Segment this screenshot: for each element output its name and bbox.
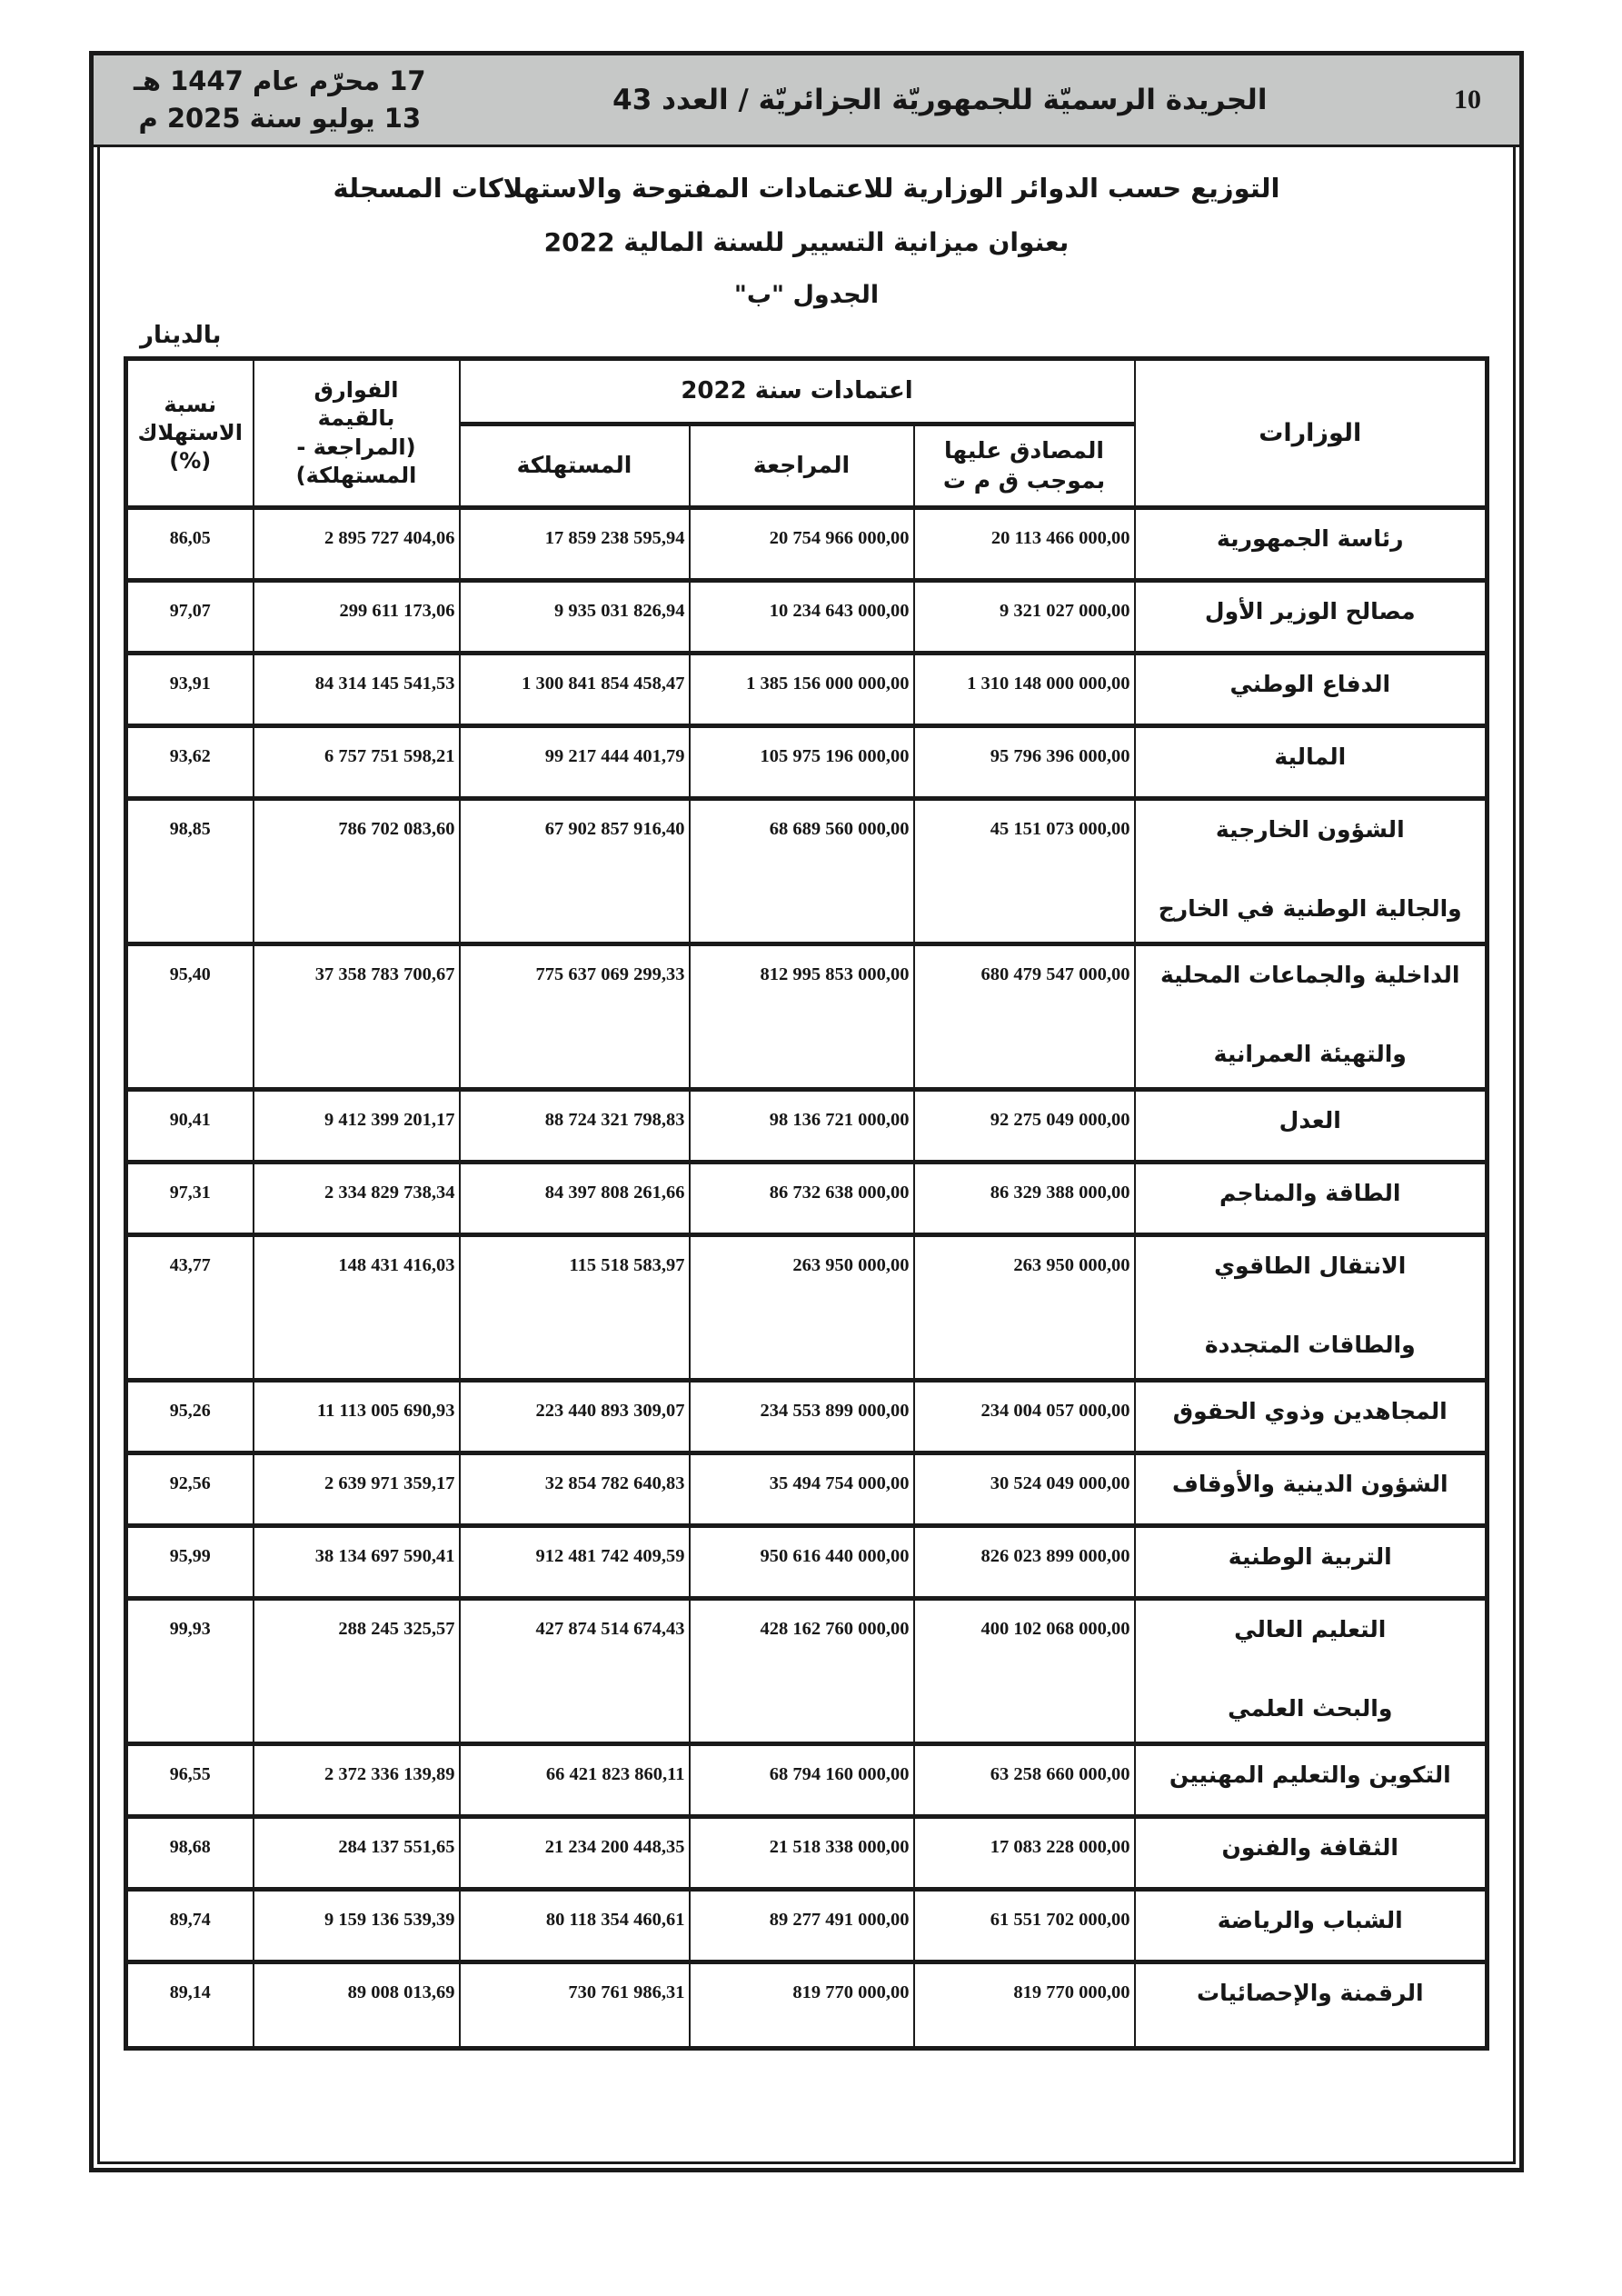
page-frame: 17 محرّم عام 1447 هـ 13 يوليو سنة 2025 م… [89,51,1524,2172]
difference-amount-cell: 288 245 325,57 [254,1599,460,1744]
ministry-name: الطاقة والمناجم [1136,1179,1486,1207]
ministry-cell: الطاقة والمناجم [1135,1163,1488,1235]
ministry-cell: التكوين والتعليم المهنيين [1135,1744,1488,1817]
difference-amount-cell: 9 412 399 201,17 [254,1090,460,1163]
table-row: الداخلية والجماعات المحليةوالتهيئة العمر… [126,944,1488,1090]
consumption-rate-cell: 97,07 [126,581,254,654]
currency-note: بالدينار [140,322,1513,349]
difference-amount-cell: 84 314 145 541,53 [254,654,460,726]
revised-amount-cell: 89 277 491 000,00 [690,1890,914,1962]
page-number: 10 [1454,85,1488,115]
approved-amount-cell: 400 102 068 000,00 [914,1599,1135,1744]
ministry-cell: الداخلية والجماعات المحليةوالتهيئة العمر… [1135,944,1488,1090]
approved-amount-cell: 9 321 027 000,00 [914,581,1135,654]
revised-amount-cell: 812 995 853 000,00 [690,944,914,1090]
table-row: الشؤون الخارجيةوالجالية الوطنية في الخار… [126,799,1488,944]
revised-amount-cell: 86 732 638 000,00 [690,1163,914,1235]
header-approved: المصادق عليها بموجب ق م ت [914,424,1135,508]
consumed-amount-cell: 17 859 238 595,94 [460,508,690,581]
consumption-rate-cell: 96,55 [126,1744,254,1817]
table-row: الدفاع الوطني 1 310 148 000 000,00 1 385… [126,654,1488,726]
document-title-block: التوزيع حسب الدوائر الوزارية للاعتمادات … [100,173,1513,309]
ministry-name: الثقافة والفنون [1136,1833,1486,1862]
revised-amount-cell: 98 136 721 000,00 [690,1090,914,1163]
table-header: الوزارات اعتمادات سنة 2022 الفوارق بالقي… [126,359,1488,508]
consumed-amount-cell: 21 234 200 448,35 [460,1817,690,1890]
table-body: رئاسة الجمهورية 20 113 466 000,00 20 754… [126,508,1488,2049]
header-consumption-rate: نسبة الاستهلاك (%) [126,359,254,508]
journal-title: الجريدة الرسميّة للجمهوريّة الجزائريّة /… [612,84,1267,116]
table-row: المالية 95 796 396 000,00 105 975 196 00… [126,726,1488,799]
ministry-cell: المالية [1135,726,1488,799]
consumption-rate-cell: 95,26 [126,1381,254,1453]
table-row: الشباب والرياضة 61 551 702 000,00 89 277… [126,1890,1488,1962]
issue-dates: 17 محرّم عام 1447 هـ 13 يوليو سنة 2025 م [134,63,426,136]
table-row: التربية الوطنية 826 023 899 000,00 950 6… [126,1526,1488,1599]
difference-amount-cell: 9 159 136 539,39 [254,1890,460,1962]
title-line-2: بعنوان ميزانية التسيير للسنة المالية 202… [100,227,1513,257]
table-row: رئاسة الجمهورية 20 113 466 000,00 20 754… [126,508,1488,581]
revised-amount-cell: 20 754 966 000,00 [690,508,914,581]
ministry-name: مصالح الوزير الأول [1136,597,1486,625]
ministry-cell: الرقمنة والإحصائيات [1135,1962,1488,2049]
difference-amount-cell: 148 431 416,03 [254,1235,460,1381]
approved-amount-cell: 45 151 073 000,00 [914,799,1135,944]
ministry-name: التعليم العاليوالبحث العلمي [1136,1615,1486,1723]
consumed-amount-cell: 775 637 069 299,33 [460,944,690,1090]
ministry-cell: التربية الوطنية [1135,1526,1488,1599]
approved-amount-cell: 95 796 396 000,00 [914,726,1135,799]
ministry-cell: الشؤون الدينية والأوقاف [1135,1453,1488,1526]
revised-amount-cell: 263 950 000,00 [690,1235,914,1381]
difference-amount-cell: 2 639 971 359,17 [254,1453,460,1526]
consumed-amount-cell: 67 902 857 916,40 [460,799,690,944]
difference-amount-cell: 284 137 551,65 [254,1817,460,1890]
ministry-cell: الانتقال الطاقويوالطاقات المتجددة [1135,1235,1488,1381]
approved-amount-cell: 20 113 466 000,00 [914,508,1135,581]
ministry-name: الشباب والرياضة [1136,1906,1486,1934]
consumed-amount-cell: 66 421 823 860,11 [460,1744,690,1817]
consumption-rate-cell: 95,99 [126,1526,254,1599]
ministry-name: المجاهدين وذوي الحقوق [1136,1397,1486,1425]
consumed-amount-cell: 88 724 321 798,83 [460,1090,690,1163]
ministry-cell: رئاسة الجمهورية [1135,508,1488,581]
revised-amount-cell: 68 689 560 000,00 [690,799,914,944]
approved-amount-cell: 63 258 660 000,00 [914,1744,1135,1817]
budget-table: الوزارات اعتمادات سنة 2022 الفوارق بالقي… [124,356,1489,2051]
consumed-amount-cell: 99 217 444 401,79 [460,726,690,799]
consumed-amount-cell: 1 300 841 854 458,47 [460,654,690,726]
ministry-cell: المجاهدين وذوي الحقوق [1135,1381,1488,1453]
difference-amount-cell: 299 611 173,06 [254,581,460,654]
revised-amount-cell: 10 234 643 000,00 [690,581,914,654]
date-hijri: 17 محرّم عام 1447 هـ [134,63,426,100]
ministry-name: التربية الوطنية [1136,1542,1486,1571]
consumed-amount-cell: 84 397 808 261,66 [460,1163,690,1235]
consumed-amount-cell: 427 874 514 674,43 [460,1599,690,1744]
table-row: مصالح الوزير الأول 9 321 027 000,00 10 2… [126,581,1488,654]
date-gregorian: 13 يوليو سنة 2025 م [134,100,426,137]
table-row: الشؤون الدينية والأوقاف 30 524 049 000,0… [126,1453,1488,1526]
title-line-1: التوزيع حسب الدوائر الوزارية للاعتمادات … [100,173,1513,204]
ministry-name: الشؤون الدينية والأوقاف [1136,1470,1486,1498]
table-row: العدل 92 275 049 000,00 98 136 721 000,0… [126,1090,1488,1163]
table-row: التعليم العاليوالبحث العلمي 400 102 068 … [126,1599,1488,1744]
revised-amount-cell: 819 770 000,00 [690,1962,914,2049]
approved-amount-cell: 1 310 148 000 000,00 [914,654,1135,726]
ministry-cell: الثقافة والفنون [1135,1817,1488,1890]
header-ministries: الوزارات [1135,359,1488,508]
consumed-amount-cell: 9 935 031 826,94 [460,581,690,654]
approved-amount-cell: 263 950 000,00 [914,1235,1135,1381]
approved-amount-cell: 680 479 547 000,00 [914,944,1135,1090]
table-wrapper: الوزارات اعتمادات سنة 2022 الفوارق بالقي… [100,356,1513,2051]
header-difference: الفوارق بالقيمة (المراجعة - المستهلكة) [254,359,460,508]
difference-amount-cell: 6 757 751 598,21 [254,726,460,799]
ministry-name: الداخلية والجماعات المحليةوالتهيئة العمر… [1136,961,1486,1069]
difference-amount-cell: 89 008 013,69 [254,1962,460,2049]
header-credits-2022: اعتمادات سنة 2022 [460,359,1135,424]
consumption-rate-cell: 90,41 [126,1090,254,1163]
approved-amount-cell: 61 551 702 000,00 [914,1890,1135,1962]
consumed-amount-cell: 115 518 583,97 [460,1235,690,1381]
gazette-masthead-band: 17 محرّم عام 1447 هـ 13 يوليو سنة 2025 م… [94,55,1519,147]
revised-amount-cell: 234 553 899 000,00 [690,1381,914,1453]
header-consumed: المستهلكة [460,424,690,508]
table-row: الرقمنة والإحصائيات 819 770 000,00 819 7… [126,1962,1488,2049]
consumed-amount-cell: 80 118 354 460,61 [460,1890,690,1962]
difference-amount-cell: 2 372 336 139,89 [254,1744,460,1817]
table-row: الطاقة والمناجم 86 329 388 000,00 86 732… [126,1163,1488,1235]
ministry-name: الشؤون الخارجيةوالجالية الوطنية في الخار… [1136,815,1486,923]
approved-amount-cell: 17 083 228 000,00 [914,1817,1135,1890]
consumption-rate-cell: 89,74 [126,1890,254,1962]
consumed-amount-cell: 223 440 893 309,07 [460,1381,690,1453]
consumption-rate-cell: 97,31 [126,1163,254,1235]
approved-amount-cell: 86 329 388 000,00 [914,1163,1135,1235]
approved-amount-cell: 826 023 899 000,00 [914,1526,1135,1599]
approved-amount-cell: 92 275 049 000,00 [914,1090,1135,1163]
ministry-name: الدفاع الوطني [1136,670,1486,698]
header-row-group: الوزارات اعتمادات سنة 2022 الفوارق بالقي… [126,359,1488,424]
table-row: التكوين والتعليم المهنيين 63 258 660 000… [126,1744,1488,1817]
difference-amount-cell: 786 702 083,60 [254,799,460,944]
ministry-name: العدل [1136,1106,1486,1134]
consumed-amount-cell: 32 854 782 640,83 [460,1453,690,1526]
ministry-name: الرقمنة والإحصائيات [1136,1979,1486,2007]
difference-amount-cell: 38 134 697 590,41 [254,1526,460,1599]
consumed-amount-cell: 730 761 986,31 [460,1962,690,2049]
consumption-rate-cell: 95,40 [126,944,254,1090]
consumption-rate-cell: 93,91 [126,654,254,726]
consumption-rate-cell: 98,68 [126,1817,254,1890]
consumption-rate-cell: 43,77 [126,1235,254,1381]
difference-amount-cell: 11 113 005 690,93 [254,1381,460,1453]
consumption-rate-cell: 92,56 [126,1453,254,1526]
revised-amount-cell: 1 385 156 000 000,00 [690,654,914,726]
revised-amount-cell: 105 975 196 000,00 [690,726,914,799]
revised-amount-cell: 68 794 160 000,00 [690,1744,914,1817]
consumption-rate-cell: 93,62 [126,726,254,799]
revised-amount-cell: 950 616 440 000,00 [690,1526,914,1599]
consumption-rate-cell: 89,14 [126,1962,254,2049]
table-row: الثقافة والفنون 17 083 228 000,00 21 518… [126,1817,1488,1890]
ministry-name: الانتقال الطاقويوالطاقات المتجددة [1136,1252,1486,1360]
revised-amount-cell: 428 162 760 000,00 [690,1599,914,1744]
difference-amount-cell: 37 358 783 700,67 [254,944,460,1090]
header-revised: المراجعة [690,424,914,508]
table-row: المجاهدين وذوي الحقوق 234 004 057 000,00… [126,1381,1488,1453]
consumption-rate-cell: 98,85 [126,799,254,944]
ministry-cell: العدل [1135,1090,1488,1163]
consumption-rate-cell: 99,93 [126,1599,254,1744]
ministry-name: رئاسة الجمهورية [1136,524,1486,553]
ministry-cell: مصالح الوزير الأول [1135,581,1488,654]
ministry-cell: الشباب والرياضة [1135,1890,1488,1962]
consumed-amount-cell: 912 481 742 409,59 [460,1526,690,1599]
ministry-cell: الشؤون الخارجيةوالجالية الوطنية في الخار… [1135,799,1488,944]
ministry-cell: التعليم العاليوالبحث العلمي [1135,1599,1488,1744]
revised-amount-cell: 35 494 754 000,00 [690,1453,914,1526]
approved-amount-cell: 819 770 000,00 [914,1962,1135,2049]
approved-amount-cell: 234 004 057 000,00 [914,1381,1135,1453]
content-area: التوزيع حسب الدوائر الوزارية للاعتمادات … [97,147,1516,2164]
consumption-rate-cell: 86,05 [126,508,254,581]
table-row: الانتقال الطاقويوالطاقات المتجددة 263 95… [126,1235,1488,1381]
approved-amount-cell: 30 524 049 000,00 [914,1453,1135,1526]
title-line-3: الجدول "ب" [100,281,1513,309]
revised-amount-cell: 21 518 338 000,00 [690,1817,914,1890]
difference-amount-cell: 2 334 829 738,34 [254,1163,460,1235]
difference-amount-cell: 2 895 727 404,06 [254,508,460,581]
ministry-name: المالية [1136,743,1486,771]
ministry-cell: الدفاع الوطني [1135,654,1488,726]
ministry-name: التكوين والتعليم المهنيين [1136,1761,1486,1789]
